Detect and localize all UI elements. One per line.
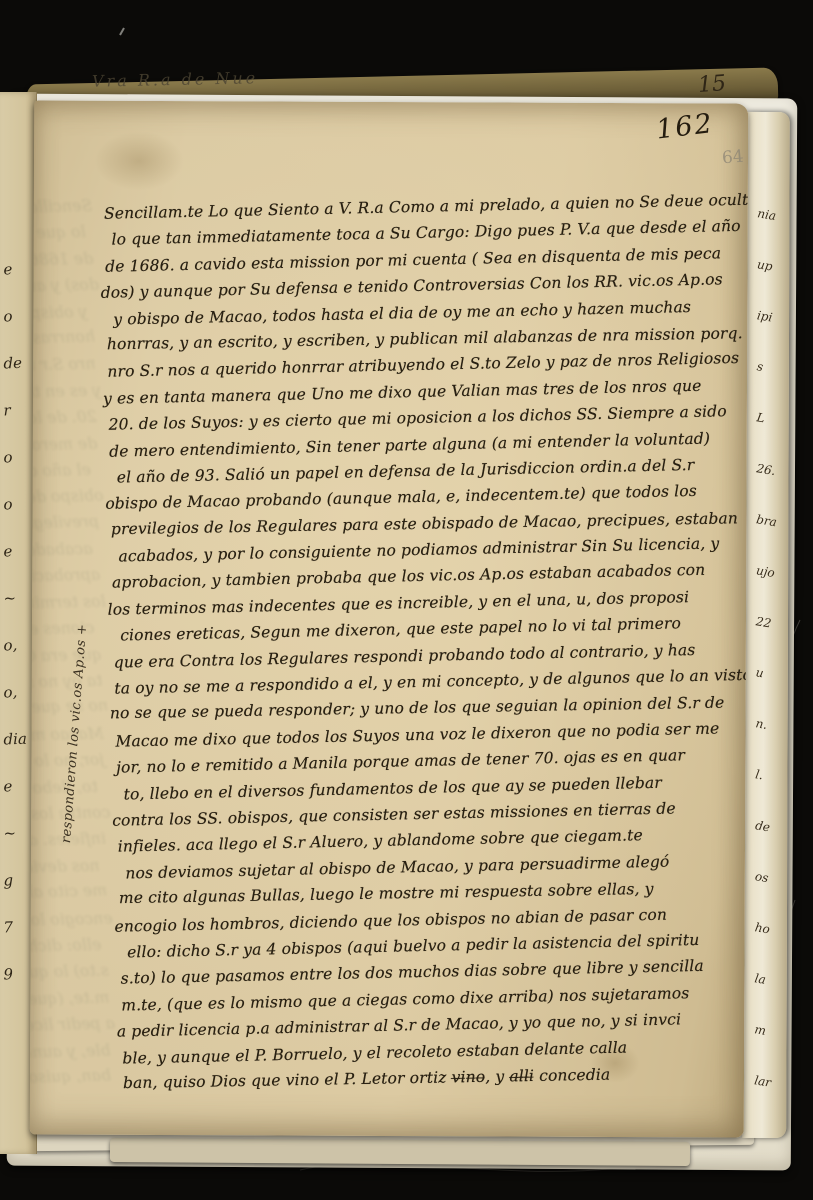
fore-edge-fragment: os (742, 868, 790, 925)
folio-number-ink: 162 (655, 108, 716, 146)
fore-edge-fragments: niaupipisL26.braujo22un.l.deosholamlar (742, 112, 790, 1126)
fore-edge-fragment: s (742, 358, 790, 415)
main-page: 162 64 respondieron los vic.os Ap.os + S… (30, 100, 749, 1137)
fore-edge-fragment: up (742, 256, 790, 313)
fore-edge-fragment: lar (742, 1072, 790, 1129)
back-page-script-fragment: Vra R.a de Nue (92, 68, 259, 90)
back-page-folio-number: 15 (697, 71, 727, 98)
manuscript-text: Sencillam.te Lo que Siento a V. R.a Como… (104, 191, 748, 1102)
fore-edge-fragment: 26. (742, 460, 790, 517)
bleed-through-ghost: Sencillam.te Lo que Siento a V. R.a Como… (30, 197, 112, 1108)
fore-edge-fragment: l. (742, 766, 790, 823)
fore-edge-fragment: nia (742, 205, 790, 262)
fore-edge-fragment: ho (742, 919, 790, 976)
folio-number-pencil: 64 (721, 147, 744, 169)
gutter-fragment: r (0, 400, 37, 448)
fore-edge-fragment: de (742, 817, 790, 874)
gutter-fragment: o (0, 494, 37, 542)
manuscript-line: ban, quiso Dios que vino el P. Letor ort… (30, 1066, 112, 1109)
fore-edge-fragment: n. (742, 715, 790, 772)
fore-edge-fragment: u (742, 664, 790, 721)
gutter-fragment: o (0, 447, 37, 495)
stacked-sheet-bottom-2 (110, 1138, 690, 1166)
gutter-fragment: e (0, 259, 37, 307)
fore-edge-fragment: bra (742, 511, 790, 568)
stain (94, 131, 184, 191)
fore-edge-fragment: L (742, 409, 790, 466)
fore-edge-fragment: m (742, 1021, 790, 1078)
manuscript-photo: Vra R.a de Nue 15 eoderooe~o,o,diae~g79 … (0, 0, 813, 1200)
fore-edge-fragment: ipi (742, 307, 790, 364)
fore-edge-fragment: la (742, 970, 790, 1027)
fore-edge-strip: niaupipisL26.braujo22un.l.deosholamlar (742, 112, 790, 1138)
fore-edge-fragment: 22 (742, 613, 790, 670)
fore-edge-fragment: ujo (742, 562, 790, 619)
gutter-fragment: de (0, 353, 37, 401)
gutter-fragment: o (0, 306, 37, 354)
